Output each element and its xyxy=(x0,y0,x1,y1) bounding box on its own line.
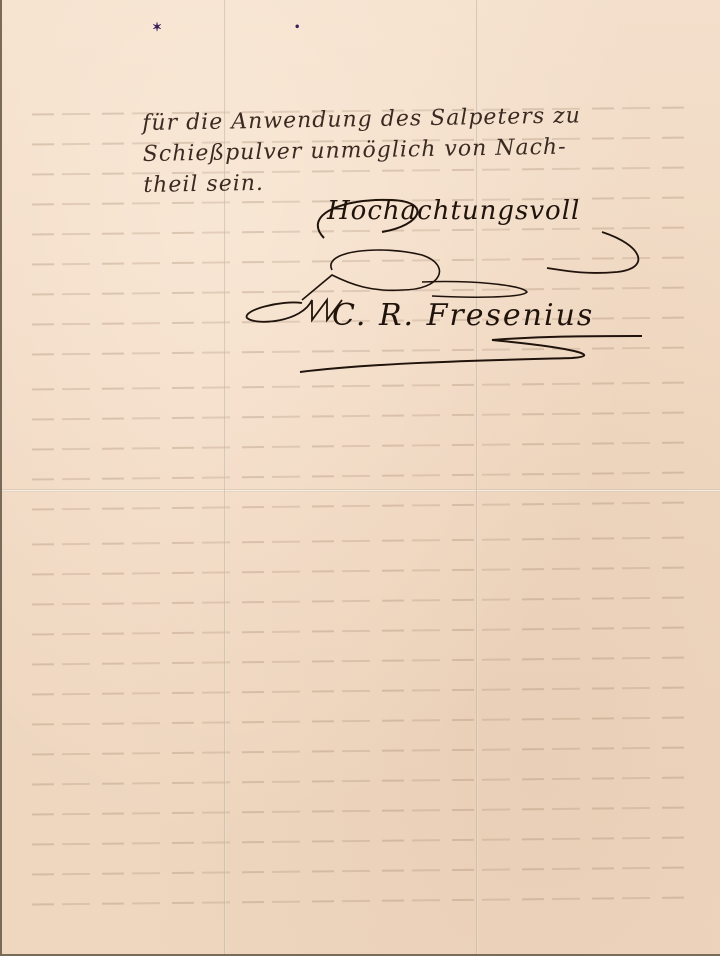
closing-salutation: Hochachtungsvoll xyxy=(327,196,580,226)
signature: C. R. Fresenius xyxy=(332,298,594,333)
letter-body: für die Anwendung des Salpeters zu Schie… xyxy=(142,99,684,201)
ink-mark-left: ✶ xyxy=(152,20,162,34)
letter-page: ✶ • für die Anwendung des Salpeters zu S… xyxy=(0,0,720,956)
horizontal-fold-line xyxy=(2,489,720,492)
ink-mark-right: • xyxy=(294,22,300,33)
